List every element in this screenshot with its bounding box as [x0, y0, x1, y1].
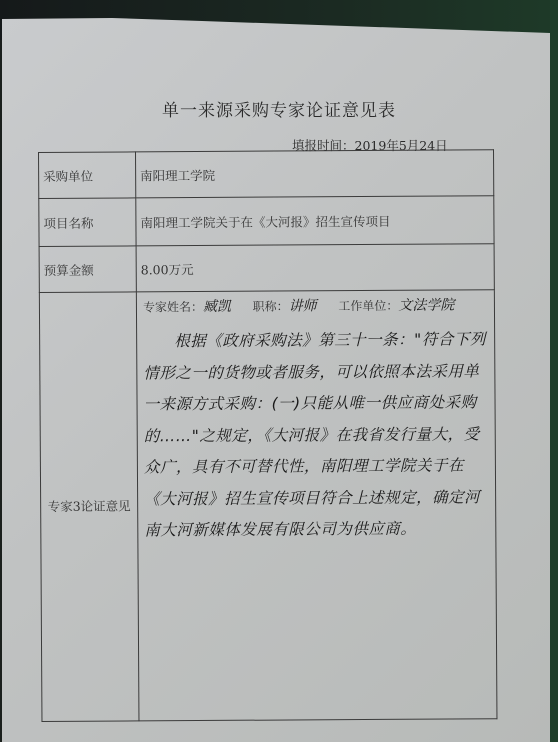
- expert-title-label: 职称：: [253, 299, 289, 313]
- expert-unit-label: 工作单位：: [338, 299, 398, 313]
- opinion-form: 采购单位 南阳理工学院 项目名称 南阳理工学院关于在《大河报》招生宣传项目 预算…: [38, 149, 497, 722]
- row-purchaser: 采购单位 南阳理工学院: [39, 150, 494, 199]
- expert-opinion-text: 根据《政府采购法》第三十一条："符合下列情形之一的货物或者服务，可以依照本法采用…: [143, 324, 489, 547]
- purchaser-label: 采购单位: [39, 152, 136, 199]
- expert-opinion-label: 专家3论证意见: [39, 292, 139, 722]
- row-project-name: 项目名称 南阳理工学院关于在《大河报》招生宣传项目: [39, 196, 494, 247]
- row-expert-opinion: 专家3论证意见 专家姓名：臧凯 职称：讲师 工作单位：文法学院 根据《政府采购法…: [39, 290, 497, 722]
- project-name-label: 项目名称: [39, 198, 136, 247]
- form-table: 采购单位 南阳理工学院 项目名称 南阳理工学院关于在《大河报》招生宣传项目 预算…: [38, 149, 497, 722]
- project-name-value: 南阳理工学院关于在《大河报》招生宣传项目: [136, 196, 494, 246]
- budget-label: 预算金额: [39, 246, 136, 293]
- purchaser-value: 南阳理工学院: [136, 150, 494, 198]
- budget-value: 8.00万元: [136, 244, 494, 292]
- expert-name: 臧凯: [203, 299, 231, 315]
- expert-title: 讲师: [289, 298, 317, 314]
- expert-opinion-cell: 专家姓名：臧凯 职称：讲师 工作单位：文法学院 根据《政府采购法》第三十一条："…: [136, 290, 497, 721]
- row-budget: 预算金额 8.00万元: [39, 244, 494, 293]
- document-title: 单一来源采购专家论证意见表: [0, 96, 558, 121]
- expert-info-line: 专家姓名：臧凯 职称：讲师 工作单位：文法学院: [143, 294, 488, 316]
- expert-name-label: 专家姓名：: [143, 300, 203, 314]
- expert-unit: 文法学院: [398, 297, 454, 313]
